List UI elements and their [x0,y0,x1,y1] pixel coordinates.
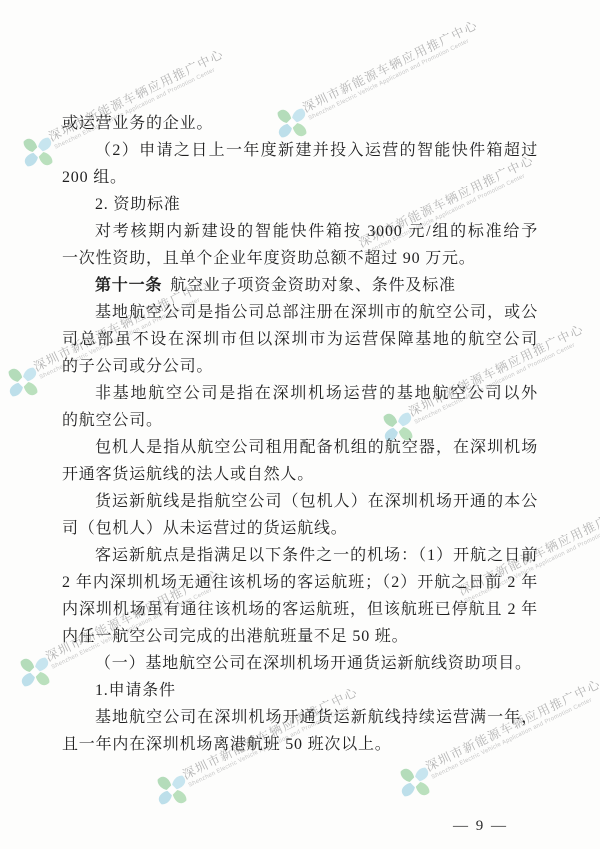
line-text: 200 组。 [62,169,127,186]
text-line: 一次性资助，且单个企业年度资助总额不超过 90 万元。 [62,245,538,272]
text-line: 1.申请条件 [62,677,538,704]
line-text: 客运新航点是指满足以下条件之一的机场：（1）开航之日前 [95,547,538,564]
text-line: 或运营业务的企业。 [62,110,538,137]
text-line: 且一年内在深圳机场离港航班 50 班次以上。 [62,731,538,758]
text-line: 的子公司或分公司。 [62,353,538,380]
line-text: 对考核期内新建设的智能快件箱按 3000 元/组的标准给予 [95,223,538,240]
line-text: 或运营业务的企业。 [62,115,213,132]
text-line: 开通客货运航线的法人或自然人。 [62,461,538,488]
watermark-cn-text: 深圳市新能源车辆应用推广中心 [299,0,514,116]
text-line: 基地航空公司在深圳机场开通货运新航线持续运营满一年， [62,704,538,731]
line-text: 且一年内在深圳机场离港航班 50 班次以上。 [62,736,392,753]
text-line: 内深圳机场虽有通往该机场的客运航班，但该航班已停航且 2 年 [62,596,538,623]
document-page: 深圳市新能源车辆应用推广中心 Shenzhen Electric Vehicle… [0,0,600,849]
promotion-center-logo-icon [4,364,42,400]
text-line: 包机人是指从航空公司租用配备机组的航空器，在深圳机场 [62,434,538,461]
text-line: 200 组。 [62,164,538,191]
text-line: 第十一条航空业子项资金资助对象、条件及标准 [62,272,538,299]
text-line: 非基地航空公司是指在深圳机场运营的基地航空公司以外 [62,380,538,407]
text-line: 的航空公司。 [62,407,538,434]
text-line: 货运新航线是指航空公司（包机人）在深圳机场开通的本公 [62,488,538,515]
promotion-center-logo-icon [396,764,434,800]
line-text: 司总部虽不设在深圳市但以深圳市为运营保障基地的航空公司 [62,331,538,348]
line-text: 的子公司或分公司。 [62,358,213,375]
line-text: 内任一航空公司完成的出港航班量不足 50 班。 [62,628,408,645]
line-text: 的航空公司。 [62,412,163,429]
line-text: 基地航空公司是指公司总部注册在深圳市的航空公司，或公 [95,304,538,321]
promotion-center-logo-icon [16,654,54,690]
bold-run: 第十一条 [95,277,162,294]
line-text: 基地航空公司在深圳机场开通货运新航线持续运营满一年， [95,709,538,726]
line-text: 航空业子项资金资助对象、条件及标准 [170,277,456,294]
line-text: 货运新航线是指航空公司（包机人）在深圳机场开通的本公 [95,493,538,510]
text-line: 客运新航点是指满足以下条件之一的机场：（1）开航之日前 [62,542,538,569]
text-line: 2 年内深圳机场无通往该机场的客运航班；（2）开航之日前 2 年 [62,569,538,596]
text-line: 基地航空公司是指公司总部注册在深圳市的航空公司，或公 [62,299,538,326]
line-text: （一）基地航空公司在深圳机场开通货运新航线资助项目。 [95,655,532,672]
promotion-center-logo-icon [153,772,191,808]
page-number: — 9 — [453,818,508,835]
promotion-center-logo-icon [19,134,57,170]
watermark-en-text: Shenzhen Electric Vehicle Application an… [308,20,508,122]
text-line: 司（包机人）从未运营过的货运航线。 [62,515,538,542]
text-line: 对考核期内新建设的智能快件箱按 3000 元/组的标准给予 [62,218,538,245]
line-text: 一次性资助，且单个企业年度资助总额不超过 90 万元。 [62,250,476,267]
text-line: 2. 资助标准 [62,191,538,218]
line-text: 包机人是指从航空公司租用配备机组的航空器，在深圳机场 [95,439,538,456]
text-line: 内任一航空公司完成的出港航班量不足 50 班。 [62,623,538,650]
line-text: 内深圳机场虽有通往该机场的客运航班，但该航班已停航且 2 年 [62,601,538,618]
line-text: 开通客货运航线的法人或自然人。 [62,466,314,483]
line-text: 1.申请条件 [95,682,176,699]
line-text: 司（包机人）从未运营过的货运航线。 [62,520,348,537]
line-text: 非基地航空公司是指在深圳机场运营的基地航空公司以外 [95,385,538,402]
line-text: 2. 资助标准 [95,196,181,213]
line-text: （2）申请之日上一年度新建并投入运营的智能快件箱超过 [95,142,538,159]
line-text: 2 年内深圳机场无通往该机场的客运航班；（2）开航之日前 2 年 [62,574,538,591]
text-line: （一）基地航空公司在深圳机场开通货运新航线资助项目。 [62,650,538,677]
text-line: （2）申请之日上一年度新建并投入运营的智能快件箱超过 [62,137,538,164]
document-body: 或运营业务的企业。 （2）申请之日上一年度新建并投入运营的智能快件箱超过 200… [62,110,538,758]
text-line: 司总部虽不设在深圳市但以深圳市为运营保障基地的航空公司 [62,326,538,353]
